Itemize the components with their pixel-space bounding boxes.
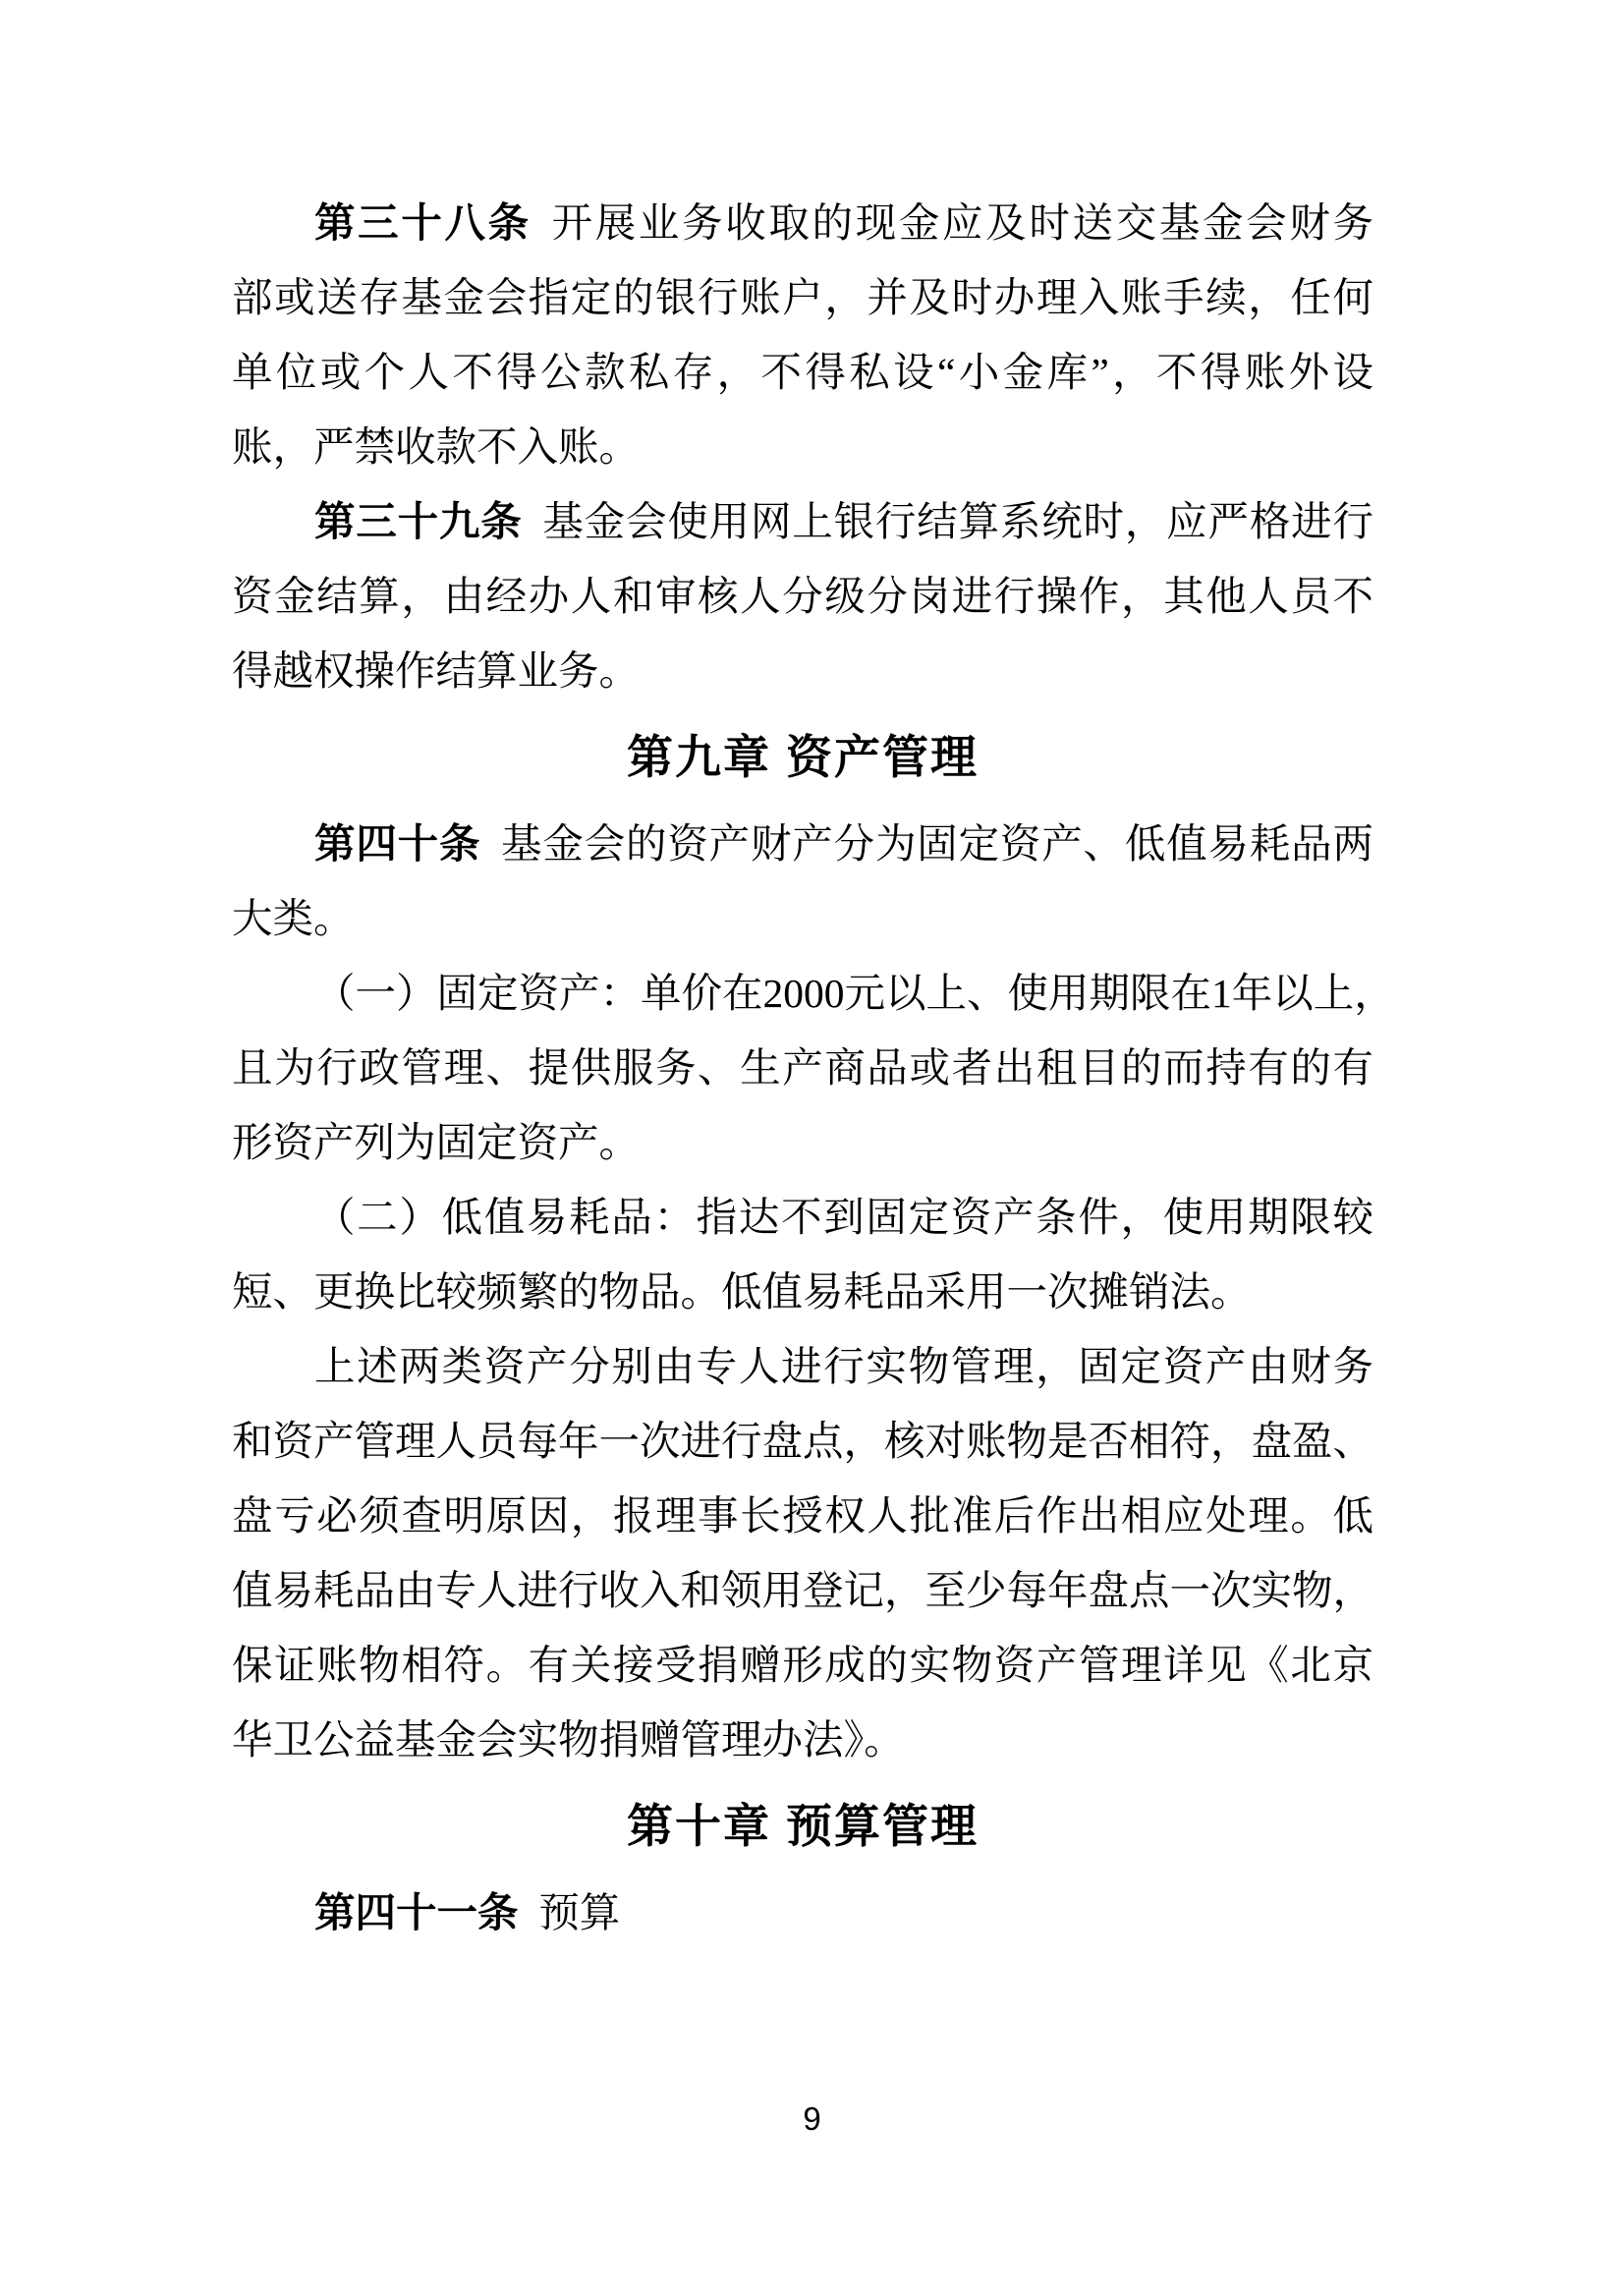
body-line-text: 华卫公益基金会实物捐赠管理办法》。: [232, 1717, 905, 1763]
body-line: 盘亏必须查明原因，报理事长授权人批准后作出相应处理。低: [232, 1479, 1373, 1553]
body-line-text: 预算: [538, 1890, 620, 1935]
body-line-text: 保证账物相符。有关接受捐赠形成的实物资产管理详见《北京: [232, 1643, 1373, 1688]
body-line: 保证账物相符。有关接受捐赠形成的实物资产管理详见《北京: [232, 1628, 1373, 1703]
body-line-text: （一）固定资产：单价在2000元以上、使用期限在1年以上，: [314, 971, 1395, 1016]
body-line-text: 基金会的资产财产分为固定资产、低值易耗品两: [501, 821, 1373, 867]
body-line-text: 基金会使用网上银行结算系统时，应严格进行: [542, 499, 1373, 544]
body-line: 资金结算，由经办人和审核人分级分岗进行操作，其他人员不: [232, 559, 1373, 634]
body-line: 和资产管理人员每年一次进行盘点，核对账物是否相符，盘盈、: [232, 1404, 1373, 1479]
body-line-text: 且为行政管理、提供服务、生产商品或者出租目的而持有的有: [232, 1045, 1373, 1091]
body-line-text: 盘亏必须查明原因，报理事长授权人批准后作出相应处理。低: [232, 1493, 1373, 1539]
body-line: 值易耗品由专人进行收入和领用登记，至少每年盘点一次实物，: [232, 1553, 1373, 1628]
body-line: 账，严禁收款不入账。: [232, 410, 1373, 484]
body-line-text: 资金结算，由经办人和审核人分级分岗进行操作，其他人员不: [232, 574, 1373, 619]
body-line: （一）固定资产：单价在2000元以上、使用期限在1年以上，: [232, 956, 1373, 1031]
body-line: 第三十九条基金会使用网上银行结算系统时，应严格进行: [232, 484, 1373, 559]
body-line: 第四十条基金会的资产财产分为固定资产、低值易耗品两: [232, 807, 1373, 881]
body-line: 短、更换比较频繁的物品。低值易耗品采用一次摊销法。: [232, 1255, 1373, 1329]
body-line-text: 部或送存基金会指定的银行账户，并及时办理入账手续，任何: [232, 275, 1373, 320]
body-line-text: 单位或个人不得公款私存，不得私设“小金库”，不得账外设: [232, 350, 1373, 395]
chapter-heading-text: 第九章 资产管理: [627, 731, 979, 783]
body-line-text: 短、更换比较频繁的物品。低值易耗品采用一次摊销法。: [232, 1269, 1252, 1315]
body-line: 第四十一条预算: [232, 1876, 1373, 1950]
body-line-text: 大类。: [232, 896, 355, 941]
body-line: 部或送存基金会指定的银行账户，并及时办理入账手续，任何: [232, 260, 1373, 335]
chapter-heading: 第九章 资产管理: [232, 708, 1373, 807]
page-footer: 9: [0, 2100, 1624, 2138]
article-number: 第三十九条: [314, 499, 523, 544]
body-line-text: 账，严禁收款不入账。: [232, 424, 640, 470]
body-line-text: 形资产列为固定资产。: [232, 1120, 640, 1165]
body-line: 形资产列为固定资产。: [232, 1105, 1373, 1180]
body-line-text: 得越权操作结算业务。: [232, 648, 640, 694]
body-line: 第三十八条开展业务收取的现金应及时送交基金会财务: [232, 186, 1373, 260]
body-line-text: 开展业务收取的现金应及时送交基金会财务: [552, 200, 1373, 246]
body-line-text: 值易耗品由专人进行收入和领用登记，至少每年盘点一次实物，: [232, 1568, 1373, 1613]
body-line-text: （二）低值易耗品：指达不到固定资产条件，使用期限较: [314, 1195, 1373, 1240]
body-line: （二）低值易耗品：指达不到固定资产条件，使用期限较: [232, 1180, 1373, 1255]
page-number: 9: [803, 2100, 820, 2137]
chapter-heading: 第十章 预算管理: [232, 1777, 1373, 1876]
article-number: 第四十一条: [314, 1890, 519, 1935]
article-number: 第四十条: [314, 821, 480, 867]
body-line: 华卫公益基金会实物捐赠管理办法》。: [232, 1703, 1373, 1777]
body-line-text: 和资产管理人员每年一次进行盘点，核对账物是否相符，盘盈、: [232, 1419, 1373, 1464]
document-body: 第三十八条开展业务收取的现金应及时送交基金会财务部或送存基金会指定的银行账户，并…: [232, 186, 1373, 1950]
body-line: 上述两类资产分别由专人进行实物管理，固定资产由财务: [232, 1329, 1373, 1404]
article-number: 第三十八条: [314, 200, 532, 246]
body-line: 且为行政管理、提供服务、生产商品或者出租目的而持有的有: [232, 1031, 1373, 1105]
document-page: 第三十八条开展业务收取的现金应及时送交基金会财务部或送存基金会指定的银行账户，并…: [0, 0, 1624, 2296]
chapter-heading-text: 第十章 预算管理: [627, 1800, 979, 1852]
body-line: 大类。: [232, 881, 1373, 956]
body-line: 得越权操作结算业务。: [232, 634, 1373, 708]
body-line-text: 上述两类资产分别由专人进行实物管理，固定资产由财务: [314, 1344, 1373, 1389]
body-line: 单位或个人不得公款私存，不得私设“小金库”，不得账外设: [232, 335, 1373, 410]
